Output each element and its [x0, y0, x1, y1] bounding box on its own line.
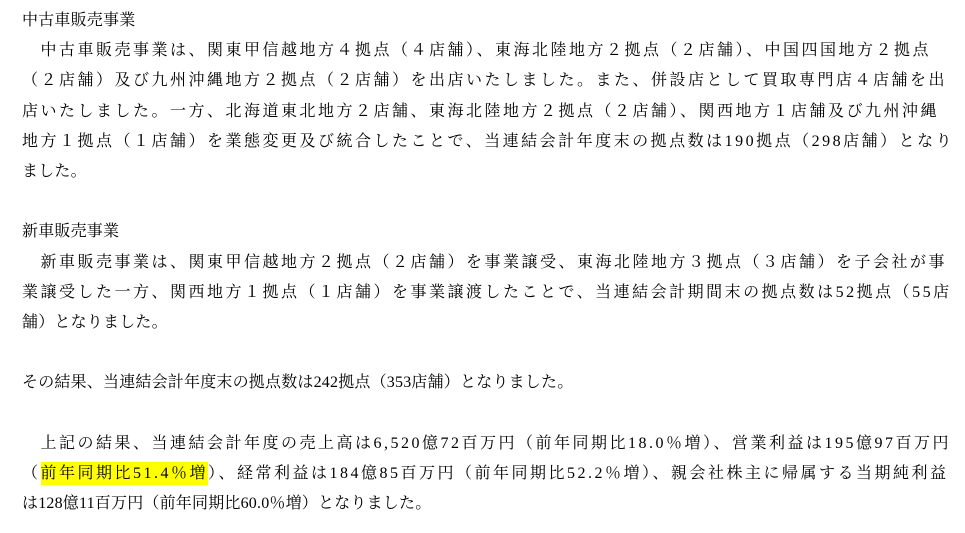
total-locations-line: その結果、当連結会計年度末の拠点数は242拠点（353店舗）となりました。	[22, 368, 947, 398]
used-car-body-line-5: ました。	[22, 157, 947, 187]
text-segment: 業譲受した一方、関西地方１拠点（１店舗）を事業譲渡したことで、当連結会計期間末の…	[22, 284, 952, 301]
text-segment: 中古車販売事業	[22, 12, 135, 29]
new-car-body-line-3: 舗）となりました。	[22, 308, 947, 338]
used-car-body-line-3: 店いたしました。一方、北海道東北地方２店舗、東海北陸地方２拠点（２店舗）、関西地…	[22, 97, 947, 127]
used-car-body-line-1: 中古車販売事業は、関東甲信越地方４拠点（４店舗）、東海北陸地方２拠点（２店舗）、…	[22, 36, 947, 66]
blank-line	[22, 338, 947, 368]
text-segment: （２店舗）及び九州沖縄地方２拠点（２店舗）を出店いたしました。また、併設店として…	[22, 72, 947, 89]
document-page: 中古車販売事業 中古車販売事業は、関東甲信越地方４拠点（４店舗）、東海北陸地方２…	[0, 0, 965, 519]
highlighted-text: 前年同期比51.4％増	[41, 462, 209, 485]
text-segment: 地方１拠点（１店舗）を業態変更及び統合したことで、当連結会計年度末の拠点数は19…	[22, 133, 954, 150]
used-car-section-heading: 中古車販売事業	[22, 6, 947, 36]
text-segment: ました。	[22, 163, 87, 180]
text-segment: ）、経常利益は184億85百万円（前年同期比52.2％増）、親会社株主に帰属する…	[208, 465, 949, 482]
text-segment: （	[22, 465, 41, 482]
text-segment: 新車販売事業	[22, 223, 119, 240]
text-segment: その結果、当連結会計年度末の拠点数は242拠点（353店舗）となりました。	[22, 374, 573, 391]
text-segment: 上記の結果、当連結会計年度の売上高は6,520億72百万円（前年同期比18.0％…	[22, 435, 951, 452]
blank-line	[22, 187, 947, 217]
text-segment: は128億11百万円（前年同期比60.0％増）となりました。	[22, 495, 431, 512]
new-car-body-line-2: 業譲受した一方、関西地方１拠点（１店舗）を事業譲渡したことで、当連結会計期間末の…	[22, 278, 947, 308]
new-car-section-heading: 新車販売事業	[22, 217, 947, 247]
financial-results-line-1: 上記の結果、当連結会計年度の売上高は6,520億72百万円（前年同期比18.0％…	[22, 429, 947, 459]
text-segment: 新車販売事業は、関東甲信越地方２拠点（２店舗）を事業譲受、東海北陸地方３拠点（３…	[22, 254, 947, 271]
used-car-body-line-4: 地方１拠点（１店舗）を業態変更及び統合したことで、当連結会計年度末の拠点数は19…	[22, 127, 947, 157]
new-car-body-line-1: 新車販売事業は、関東甲信越地方２拠点（２店舗）を事業譲受、東海北陸地方３拠点（３…	[22, 248, 947, 278]
document-body: 中古車販売事業 中古車販売事業は、関東甲信越地方４拠点（４店舗）、東海北陸地方２…	[22, 6, 947, 519]
text-segment: 店いたしました。一方、北海道東北地方２店舗、東海北陸地方２拠点（２店舗）、関西地…	[22, 103, 939, 120]
financial-results-line-3: は128億11百万円（前年同期比60.0％増）となりました。	[22, 489, 947, 519]
used-car-body-line-2: （２店舗）及び九州沖縄地方２拠点（２店舗）を出店いたしました。また、併設店として…	[22, 66, 947, 96]
financial-results-line-2: （前年同期比51.4％増）、経常利益は184億85百万円（前年同期比52.2％増…	[22, 459, 947, 489]
text-segment: 中古車販売事業は、関東甲信越地方４拠点（４店舗）、東海北陸地方２拠点（２店舗）、…	[22, 42, 931, 59]
text-segment: 舗）となりました。	[22, 314, 168, 331]
blank-line	[22, 398, 947, 428]
